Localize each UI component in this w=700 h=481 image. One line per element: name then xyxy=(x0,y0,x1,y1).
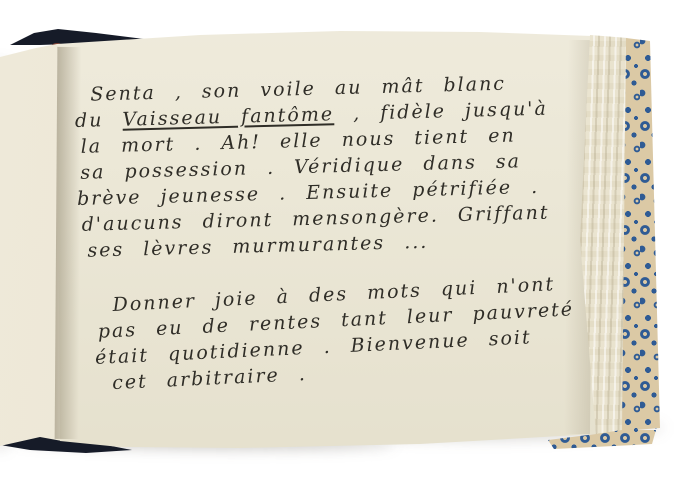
handwriting-text: du xyxy=(75,109,123,132)
handwriting-text: , fidèle jusqu'à xyxy=(334,98,548,126)
underlined-phrase: Vaisseau fantôme xyxy=(122,103,334,131)
handwriting-paragraph-1: Senta , son voile au mât blancdu Vaissea… xyxy=(74,70,552,264)
book-photo: Senta , son voile au mât blancdu Vaissea… xyxy=(0,0,700,481)
